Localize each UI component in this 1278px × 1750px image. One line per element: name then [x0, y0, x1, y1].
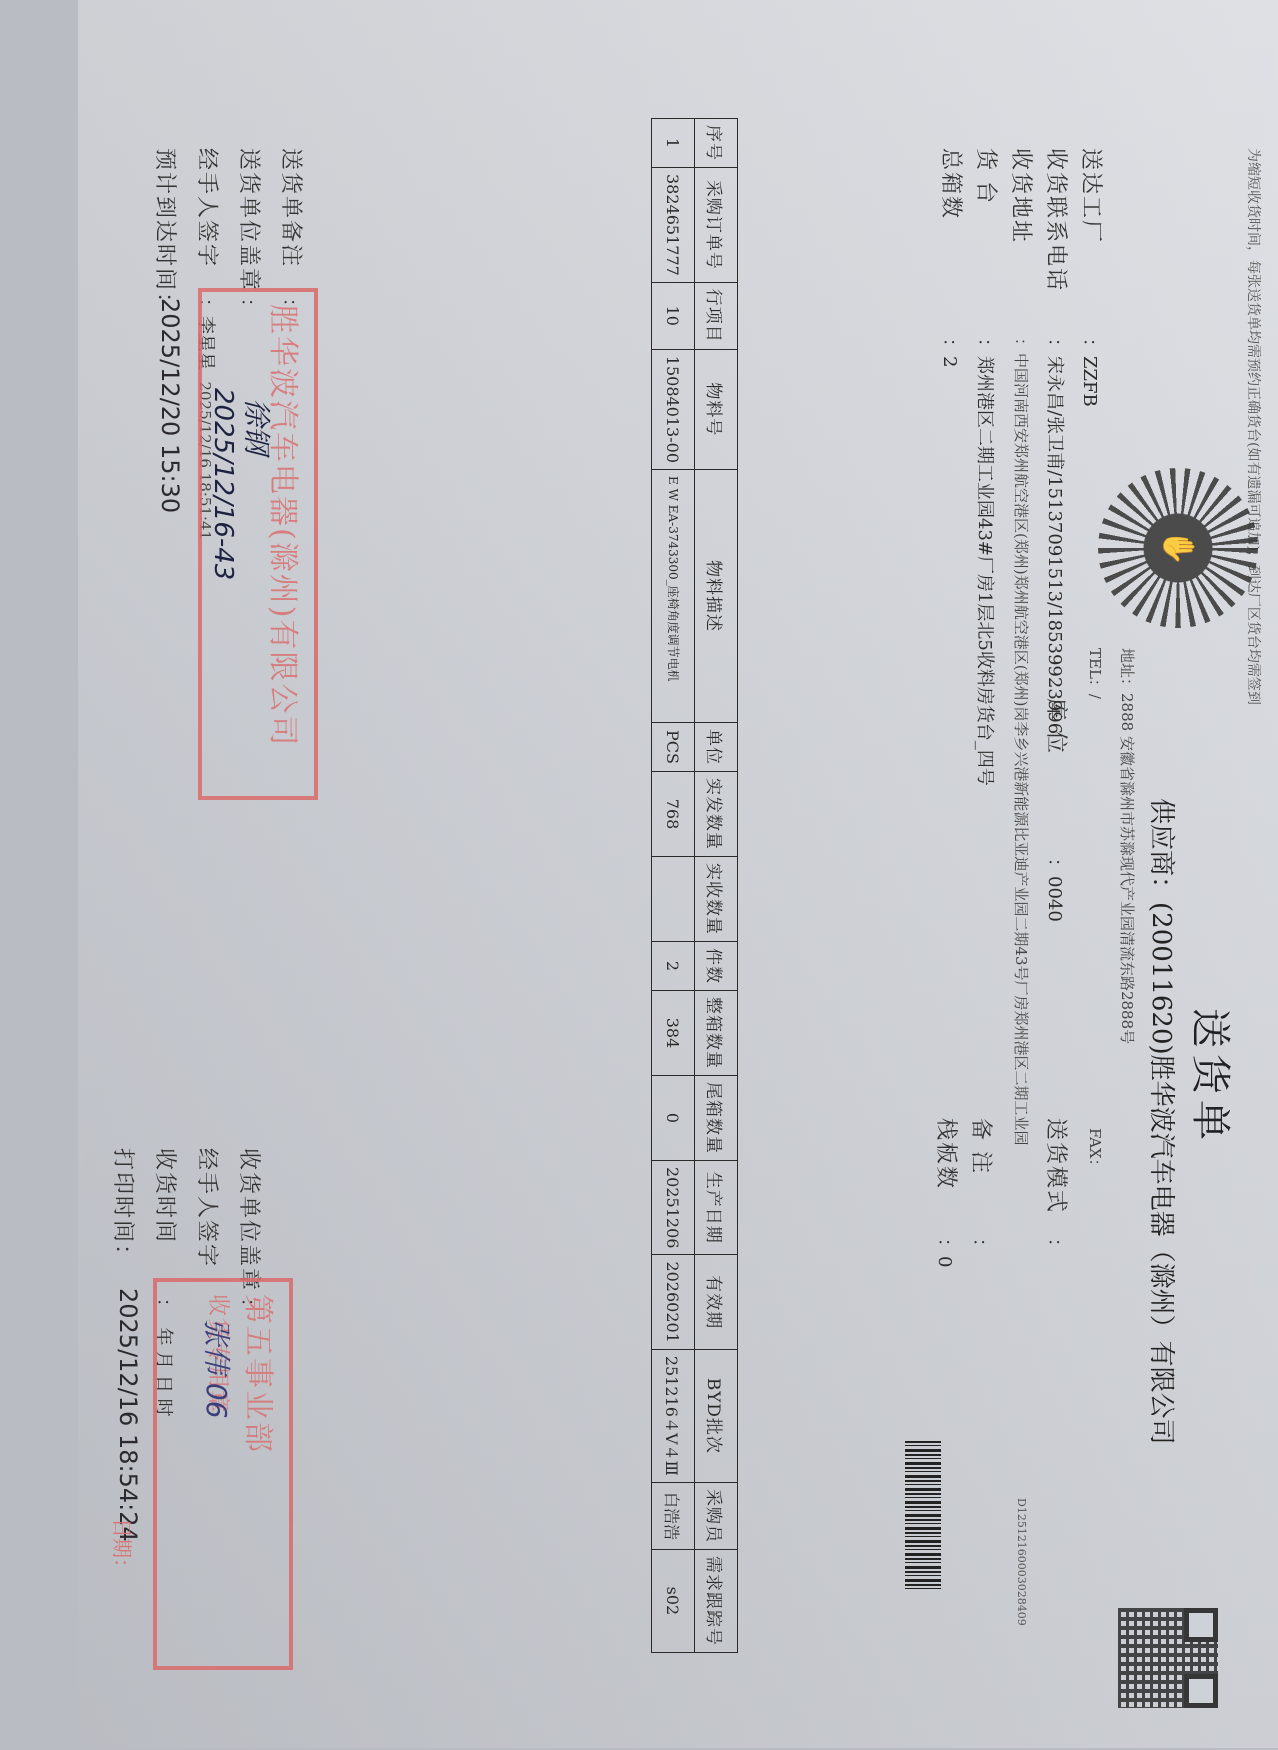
table-cell: 384: [652, 991, 695, 1076]
table-cell: E W EA-3743300_座椅角度调节电机: [652, 470, 695, 723]
supplier-label: 供应商：: [1146, 798, 1176, 902]
pallets-value: ：0: [933, 1238, 959, 1267]
supplier-line: 供应商：(20011620)胜华波汽车电器（滁州）有限公司: [1145, 798, 1182, 1445]
pallets-label: 栈板数: [932, 1118, 963, 1190]
table-row: 138246517771015084013-00E W EA-3743300_座…: [652, 119, 695, 1653]
sender-signature-note: 2025/12/16-43: [208, 388, 238, 580]
document-title: 送货单: [1185, 1008, 1242, 1146]
column-header: BYD批次: [695, 1349, 738, 1482]
delivery-remark-label: 送货单备注: [277, 148, 308, 268]
column-header: 序号: [695, 119, 738, 168]
receiving-address-value: ：中国河南西安郑州航空港区(郑州)郑州航空港区(郑州)岗李乡兴港新能源比亚迪产业…: [1011, 338, 1032, 1146]
factory-value: ：ZZFB: [1078, 338, 1104, 407]
supplier-value: (20011620)胜华波汽车电器（滁州）有限公司: [1146, 902, 1176, 1445]
column-header: 生产日期: [695, 1161, 738, 1255]
location-value: ：0040: [1043, 858, 1069, 922]
receiving-address-label: 收货地址: [1007, 148, 1038, 244]
qr-code: [1118, 1608, 1218, 1708]
dock-label: 货 台: [972, 148, 1003, 205]
column-header: 实收数量: [695, 857, 738, 942]
column-header: 行项目: [695, 282, 738, 349]
stamp-date-label: 日期：: [109, 1518, 138, 1578]
column-header: 单位: [695, 723, 738, 772]
table-cell: 20251206: [652, 1161, 695, 1255]
remark-label: 备 注: [967, 1118, 998, 1175]
table-cell: [652, 857, 695, 942]
table-cell: s02: [652, 1549, 695, 1652]
table-cell: 15084013-00: [652, 349, 695, 469]
column-header: 整箱数量: [695, 991, 738, 1076]
table-cell: 0: [652, 1076, 695, 1161]
table-cell: PCS: [652, 723, 695, 772]
column-header: 实发数量: [695, 772, 738, 857]
delivery-mode-value: ：: [1043, 1238, 1069, 1256]
location-label: 库 位: [1042, 698, 1073, 755]
items-table: 序号采购订单号行项目物料号物料描述单位实发数量实收数量件数整箱数量尾箱数量生产日…: [651, 118, 738, 1653]
table-cell: 251216４V４Ⅲ: [652, 1349, 695, 1482]
column-header: 物料描述: [695, 470, 738, 723]
table-cell: 2: [652, 942, 695, 991]
wechat-mini-program-code: ✋: [1098, 468, 1258, 628]
column-header: 尾箱数量: [695, 1076, 738, 1161]
column-header: 有效期: [695, 1255, 738, 1349]
column-header: 件数: [695, 942, 738, 991]
eta-value: 2025/12/20 15:30: [156, 298, 184, 513]
sender-handler-label: 经手人签字: [193, 148, 224, 268]
byd-logo-icon: ✋: [1161, 529, 1196, 566]
table-header-row: 序号采购订单号行项目物料号物料描述单位实发数量实收数量件数整箱数量尾箱数量生产日…: [695, 119, 738, 1653]
column-header: 采购员: [695, 1482, 738, 1549]
print-time-label: 打印时间：: [109, 1148, 140, 1268]
total-boxes-value: ：2: [938, 338, 964, 367]
sender-signature: 徐钢: [238, 398, 278, 454]
eta-label: 预计到达时间：: [151, 148, 182, 316]
table-cell: 768: [652, 772, 695, 857]
barcode: [905, 1441, 941, 1591]
table-cell: 3824651777: [652, 168, 695, 283]
contact-label: 收货联系电话: [1042, 148, 1073, 292]
receiver-stamp-label: 收货单位盖章: [235, 1148, 266, 1292]
column-header: 物料号: [695, 349, 738, 469]
table-cell: 白浩浩: [652, 1482, 695, 1549]
remark-value: ：: [968, 1238, 994, 1256]
column-header: 采购订单号: [695, 168, 738, 283]
print-time-value: 2025/12/16 18:54:24: [114, 1288, 142, 1542]
notice-text: 为缩短收货时间，每张送货单均需预约正确货台(如有遗漏可追加)，到达厂区货台均需签…: [1244, 148, 1264, 705]
factory-label: 送达工厂: [1077, 148, 1108, 244]
supplier-tel: TEL：/: [1085, 648, 1106, 699]
table-cell: 1: [652, 119, 695, 168]
paper-wrap: 为缩短收货时间，每张送货单均需预约正确货台(如有遗漏可追加)，到达厂区货台均需签…: [0, 0, 1278, 1750]
supplier-address: 地址：2888 安徽省滁州市苏滁现代产业园清流东路2888号: [1117, 648, 1138, 1044]
receiver-handler-label: 经手人签字: [193, 1148, 224, 1268]
delivery-note-paper: 为缩短收货时间，每张送货单均需预约正确货台(如有遗漏可追加)，到达厂区货台均需签…: [78, 0, 1278, 1748]
receiver-signature: 张伟 06: [198, 1318, 238, 1419]
delivery-mode-label: 送货模式: [1042, 1118, 1073, 1214]
table-body: 138246517771015084013-00E W EA-3743300_座…: [652, 119, 695, 1653]
total-boxes-label: 总箱数: [937, 148, 968, 220]
column-header: 需求跟踪号: [695, 1549, 738, 1652]
dock-value: ：郑州港区二期工业园43#厂房1层北5收料房货台_四号: [973, 338, 999, 786]
document-number: D12512160003028409: [1015, 1498, 1028, 1626]
receive-time-label: 收货时间: [151, 1148, 182, 1244]
sender-stamp-label: 送货单位盖章: [235, 148, 266, 292]
table-cell: 20260201: [652, 1255, 695, 1349]
contact-value: ：宋永昌/张卫甫/15137091513/18539923996: [1043, 338, 1069, 734]
supplier-fax: FAX：: [1085, 1128, 1106, 1174]
table-cell: 10: [652, 282, 695, 349]
